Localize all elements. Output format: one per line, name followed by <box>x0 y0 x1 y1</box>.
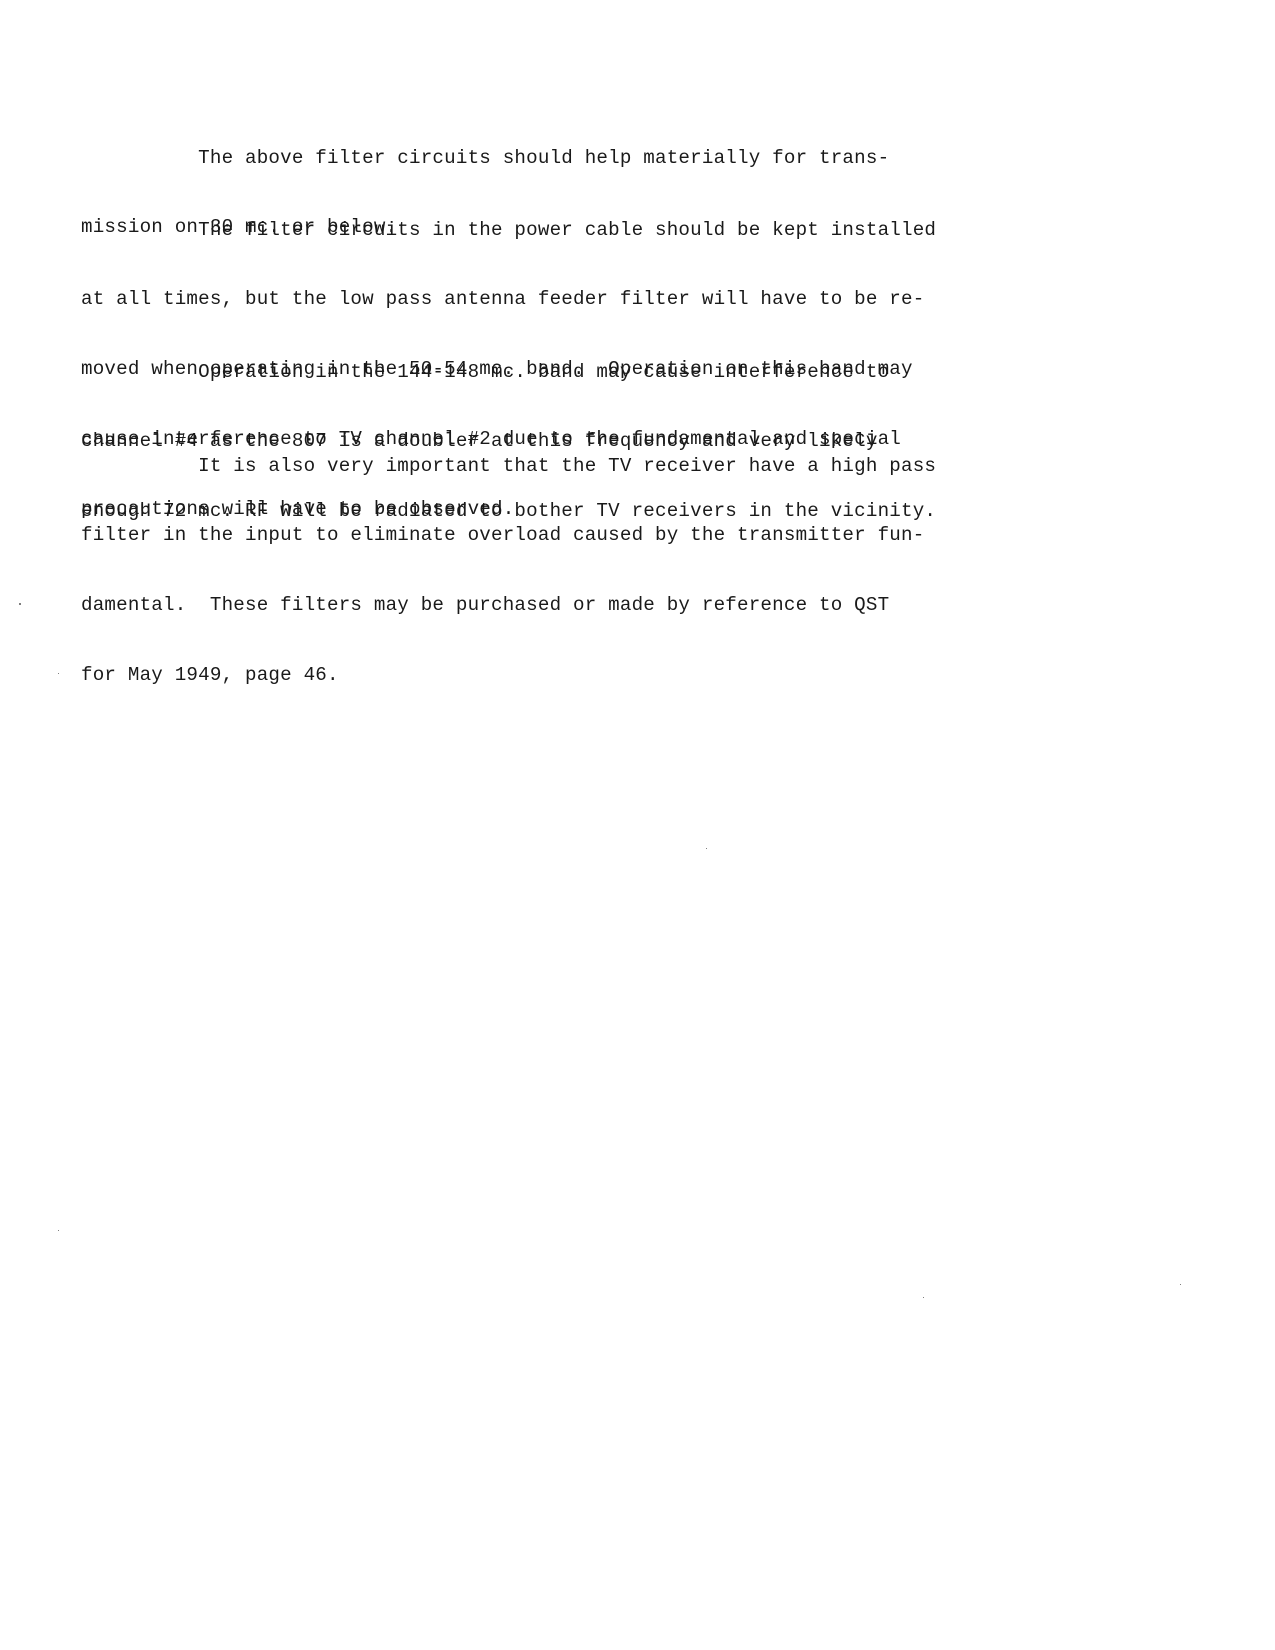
text-line: The above filter circuits should help ma… <box>81 147 889 170</box>
scan-speck <box>1180 1284 1181 1285</box>
text-line: The filter circuits in the power cable s… <box>81 219 936 242</box>
text-line: for May 1949, page 46. <box>81 664 936 687</box>
paragraph-high-pass-filter: It is also very important that the TV re… <box>81 408 936 734</box>
scan-speck <box>19 603 21 605</box>
scan-speck <box>58 1230 59 1231</box>
scan-speck <box>706 848 707 849</box>
document-page: The above filter circuits should help ma… <box>0 0 1275 1650</box>
text-line: damental. These filters may be purchased… <box>81 594 936 617</box>
text-line: It is also very important that the TV re… <box>81 455 936 478</box>
scan-speck <box>58 673 59 674</box>
text-line: filter in the input to eliminate overloa… <box>81 524 936 547</box>
text-line: Operation in the 144-148 mc. band may ca… <box>81 361 936 384</box>
scan-speck <box>923 1297 924 1298</box>
text-line: at all times, but the low pass antenna f… <box>81 288 936 311</box>
